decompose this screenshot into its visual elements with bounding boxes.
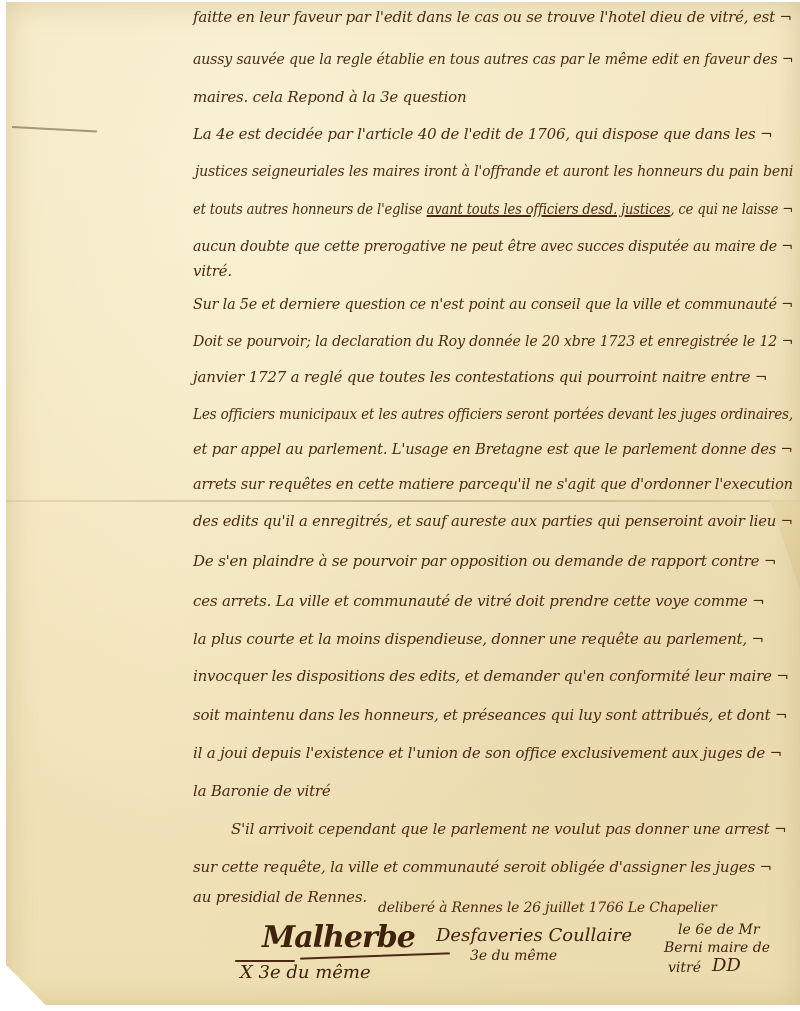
manuscript-line: S'il arrivoit cependant que le parlement…: [231, 820, 787, 838]
line-text: , ce qui ne laisse ¬: [670, 200, 793, 218]
underlined-phrase: avant touts les officiers desd. justices: [427, 200, 671, 218]
signature-maire-line2: Berni maire de: [664, 940, 770, 956]
signature-maire-paraph: DD: [712, 955, 741, 976]
manuscript-line: Doit se pourvoir; la declaration du Roy …: [193, 332, 793, 350]
manuscript-line: arrets sur requêtes en cette matiere par…: [193, 475, 793, 493]
manuscript-line: aucun doubte que cette prerogative ne pe…: [193, 237, 793, 255]
manuscript-page: [6, 2, 800, 1005]
manuscript-line: il a joui depuis l'existence et l'union …: [193, 744, 782, 762]
paper-crease: [12, 126, 97, 132]
manuscript-line: ces arrets. La ville et communauté de vi…: [193, 592, 765, 610]
manuscript-line: sur cette requête, la ville et communaut…: [193, 858, 772, 876]
signature-malherbe: Malherbe: [262, 920, 415, 955]
manuscript-line: vitré.: [193, 262, 232, 280]
manuscript-line: et par appel au parlement. L'usage en Br…: [193, 440, 793, 458]
manuscript-line: et touts autres honneurs de l'eglise ava…: [193, 200, 793, 218]
manuscript-line: la plus courte et la moins dispendieuse,…: [193, 630, 764, 648]
manuscript-line: Sur la 5e et derniere question ce n'est …: [193, 295, 793, 313]
line-text: et touts autres honneurs de l'eglise: [193, 200, 427, 218]
manuscript-line: la Baronie de vitré: [193, 782, 331, 800]
manuscript-line: au presidial de Rennes.: [193, 888, 367, 906]
manuscript-line: faitte en leur faveur par l'edit dans le…: [193, 8, 792, 26]
signature-desfaverie: Desfaveries Coullaire: [436, 925, 632, 946]
manuscript-line: maires. cela Repond à la 3e question: [193, 88, 466, 106]
manuscript-line: soit maintenu dans les honneurs, et prés…: [193, 706, 787, 724]
manuscript-line: aussy sauvée que la regle établie en tou…: [193, 50, 793, 68]
signature-maire-line1: le 6e de Mr: [678, 922, 760, 938]
horizontal-fold-line: [6, 500, 800, 502]
signature-desfaverie-subscript: 3e du même: [470, 948, 557, 964]
deliberation-date-line: deliberé à Rennes le 26 juillet 1766 Le …: [378, 900, 717, 916]
signature-malherbe-subscript: X 3e du même: [240, 962, 371, 983]
manuscript-line: De s'en plaindre à se pourvoir par oppos…: [193, 552, 776, 570]
manuscript-line: La 4e est decidée par l'article 40 de l'…: [193, 125, 772, 143]
manuscript-line: janvier 1727 a reglé que toutes les cont…: [193, 368, 767, 386]
manuscript-line: justices seigneuriales les maires iront …: [195, 162, 793, 180]
signature-maire-line3: vitré: [668, 960, 701, 976]
manuscript-line: Les officiers municipaux et les autres o…: [193, 405, 793, 423]
manuscript-line: des edits qu'il a enregitrés, et sauf au…: [193, 512, 793, 530]
manuscript-line: invocquer les dispositions des edits, et…: [193, 667, 789, 685]
